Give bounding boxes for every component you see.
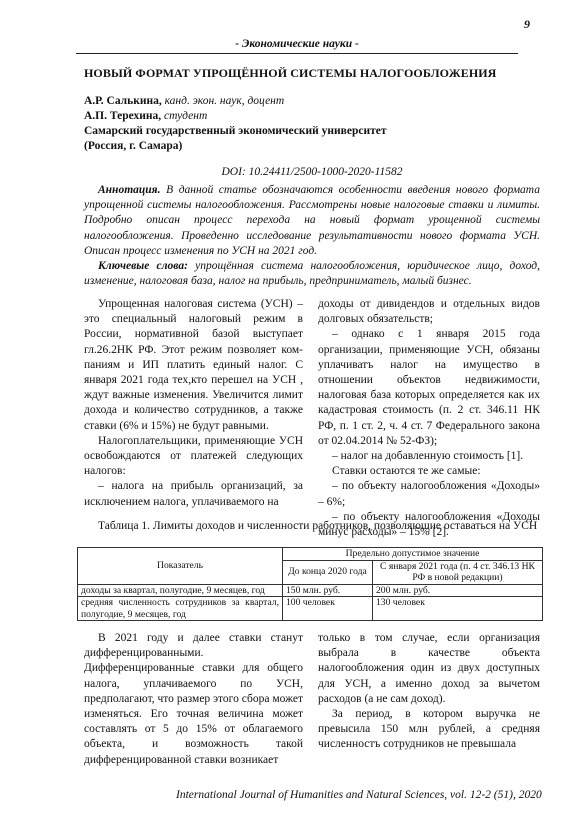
cell-from-2021: 130 человек xyxy=(373,597,543,621)
cell-from-2021: 200 млн. руб. xyxy=(373,584,543,597)
table-caption: Таблица 1. Лимиты доходов и численности … xyxy=(84,519,540,533)
article-title: НОВЫЙ ФОРМАТ УПРОЩЁННОЙ СИСТЕМЫ НАЛОГООБ… xyxy=(84,66,496,81)
paragraph: В 2021 году и далее ставки станут диффер… xyxy=(84,631,303,661)
affiliation-location: (Россия, г. Самара) xyxy=(84,139,386,154)
section-heading: - Экономические науки - xyxy=(76,38,518,50)
abstract: Аннотация. В данной статье обозначаются … xyxy=(84,183,540,259)
paragraph: Налогоплательщики, применяющие УСН освоб… xyxy=(84,434,303,480)
paragraph: За период, в котором выручка не превысил… xyxy=(318,707,540,753)
journal-footer: International Journal of Humanities and … xyxy=(176,789,542,801)
doi: DOI: 10.24411/2500-1000-2020-11582 xyxy=(84,166,540,178)
table-row: доходы за квартал, полугодие, 9 месяцев,… xyxy=(78,584,543,597)
author-1-role: канд. экон. наук, доцент xyxy=(165,95,285,107)
paragraph: доходы от дивидендов и отдельных видов д… xyxy=(318,297,540,327)
body-column-right-top: доходы от дивидендов и отдельных видов д… xyxy=(318,297,540,540)
list-item: – по объекту налогообложения «Доходы» – … xyxy=(318,479,540,509)
header-until-2020: До конца 2020 года xyxy=(283,560,373,584)
paragraph: только в том случае, если организация вы… xyxy=(318,631,540,707)
cell-indicator: доходы за квартал, полугодие, 9 месяцев,… xyxy=(78,584,283,597)
table-header-row: Показатель Предельно допустимое значение xyxy=(78,548,543,561)
header-from-2021: С января 2021 года (п. 4 ст. 346.13 НК Р… xyxy=(373,560,543,584)
body-column-right-bottom: только в том случае, если организация вы… xyxy=(318,631,540,753)
author-1-name: А.Р. Салькина, xyxy=(84,95,162,107)
table-row: средняя численность сотрудников за кварт… xyxy=(78,597,543,621)
limits-table: Показатель Предельно допустимое значение… xyxy=(77,547,543,621)
affiliation: Самарский государственный экономический … xyxy=(84,124,386,154)
body-column-left-top: Упрощенная налоговая система (УСН) – это… xyxy=(84,297,303,510)
author-2-role: студент xyxy=(164,110,207,122)
page-number: 9 xyxy=(524,17,530,32)
header-rule xyxy=(76,53,518,54)
list-item: – налог на добавленную стоимость [1]. xyxy=(318,449,540,464)
list-item: – однако с 1 января 2015 года организаци… xyxy=(318,327,540,449)
cell-indicator: средняя численность сотрудников за кварт… xyxy=(78,597,283,621)
abstract-label: Аннотация. xyxy=(98,184,160,196)
cell-until-2020: 100 человек xyxy=(283,597,373,621)
authors: А.Р. Салькина, канд. экон. наук, доцент … xyxy=(84,94,284,124)
paragraph: Упрощенная налоговая система (УСН) – это… xyxy=(84,297,303,434)
keywords: Ключевые слова: упрощённая система налог… xyxy=(84,259,540,289)
author-2: А.П. Терехина, студент xyxy=(84,109,284,124)
author-1: А.Р. Салькина, канд. экон. наук, доцент xyxy=(84,94,284,109)
paragraph: Дифференцированные ставки для общего нал… xyxy=(84,661,303,767)
affiliation-university: Самарский государственный экономический … xyxy=(84,124,386,139)
abstract-block: Аннотация. В данной статье обозначаются … xyxy=(84,183,540,289)
paragraph: Ставки остаются те же самые: xyxy=(318,464,540,479)
body-column-left-bottom: В 2021 году и далее ставки станут диффер… xyxy=(84,631,303,768)
header-group: Предельно допустимое значение xyxy=(283,548,543,561)
cell-until-2020: 150 млн. руб. xyxy=(283,584,373,597)
header-indicator: Показатель xyxy=(78,548,283,585)
author-2-name: А.П. Терехина, xyxy=(84,110,161,122)
keywords-label: Ключевые слова: xyxy=(98,260,188,272)
list-item: – налога на прибыль организаций, за искл… xyxy=(84,479,303,509)
